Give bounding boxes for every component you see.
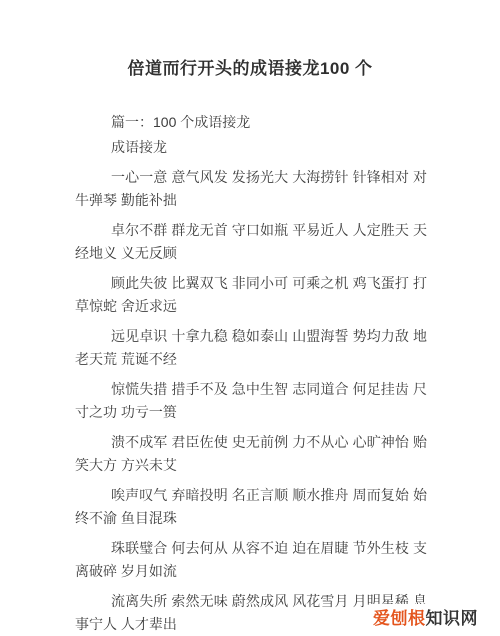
article-page: 倍道而行开头的成语接龙100 个 篇一：100 个成语接龙 成语接龙 一心一意 … (0, 0, 500, 636)
idiom-paragraph-3: 顾此失彼 比翼双飞 非同小可 可乘之机 鸡飞蛋打 打草惊蛇 舍近求远 (75, 272, 427, 318)
page-title: 倍道而行开头的成语接龙100 个 (0, 0, 500, 81)
article-body: 篇一：100 个成语接龙 成语接龙 一心一意 意气风发 发扬光大 大海捞针 针锋… (0, 111, 500, 636)
idiom-paragraph-2: 卓尔不群 群龙无首 守口如瓶 平易近人 人定胜天 天经地义 义无反顾 (75, 219, 427, 265)
section-heading: 篇一：100 个成语接龙 (75, 111, 427, 134)
idiom-paragraph-1: 一心一意 意气风发 发扬光大 大海捞针 针锋相对 对牛弹琴 勤能补拙 (75, 166, 427, 212)
watermark-brand-text: 爱刨根 (373, 609, 426, 628)
idiom-paragraph-7: 唉声叹气 弃暗投明 名正言顺 顺水推舟 周而复始 始终不渝 鱼目混珠 (75, 484, 427, 530)
idiom-paragraph-6: 溃不成军 君臣佐使 史无前例 力不从心 心旷神怡 贻笑大方 方兴未艾 (75, 431, 427, 477)
site-watermark: 爱刨根知识网 (369, 604, 478, 629)
idiom-paragraph-5: 惊慌失措 措手不及 急中生智 志同道合 何足挂齿 尺寸之功 功亏一篑 (75, 378, 427, 424)
idiom-paragraph-4: 远见卓识 十拿九稳 稳如泰山 山盟海誓 势均力敌 地老天荒 荒诞不经 (75, 325, 427, 371)
watermark-suffix-text: 知识网 (426, 609, 479, 628)
sub-heading: 成语接龙 (75, 136, 427, 159)
idiom-paragraph-8: 珠联璧合 何去何从 从容不迫 迫在眉睫 节外生枝 支离破碎 岁月如流 (75, 537, 427, 583)
